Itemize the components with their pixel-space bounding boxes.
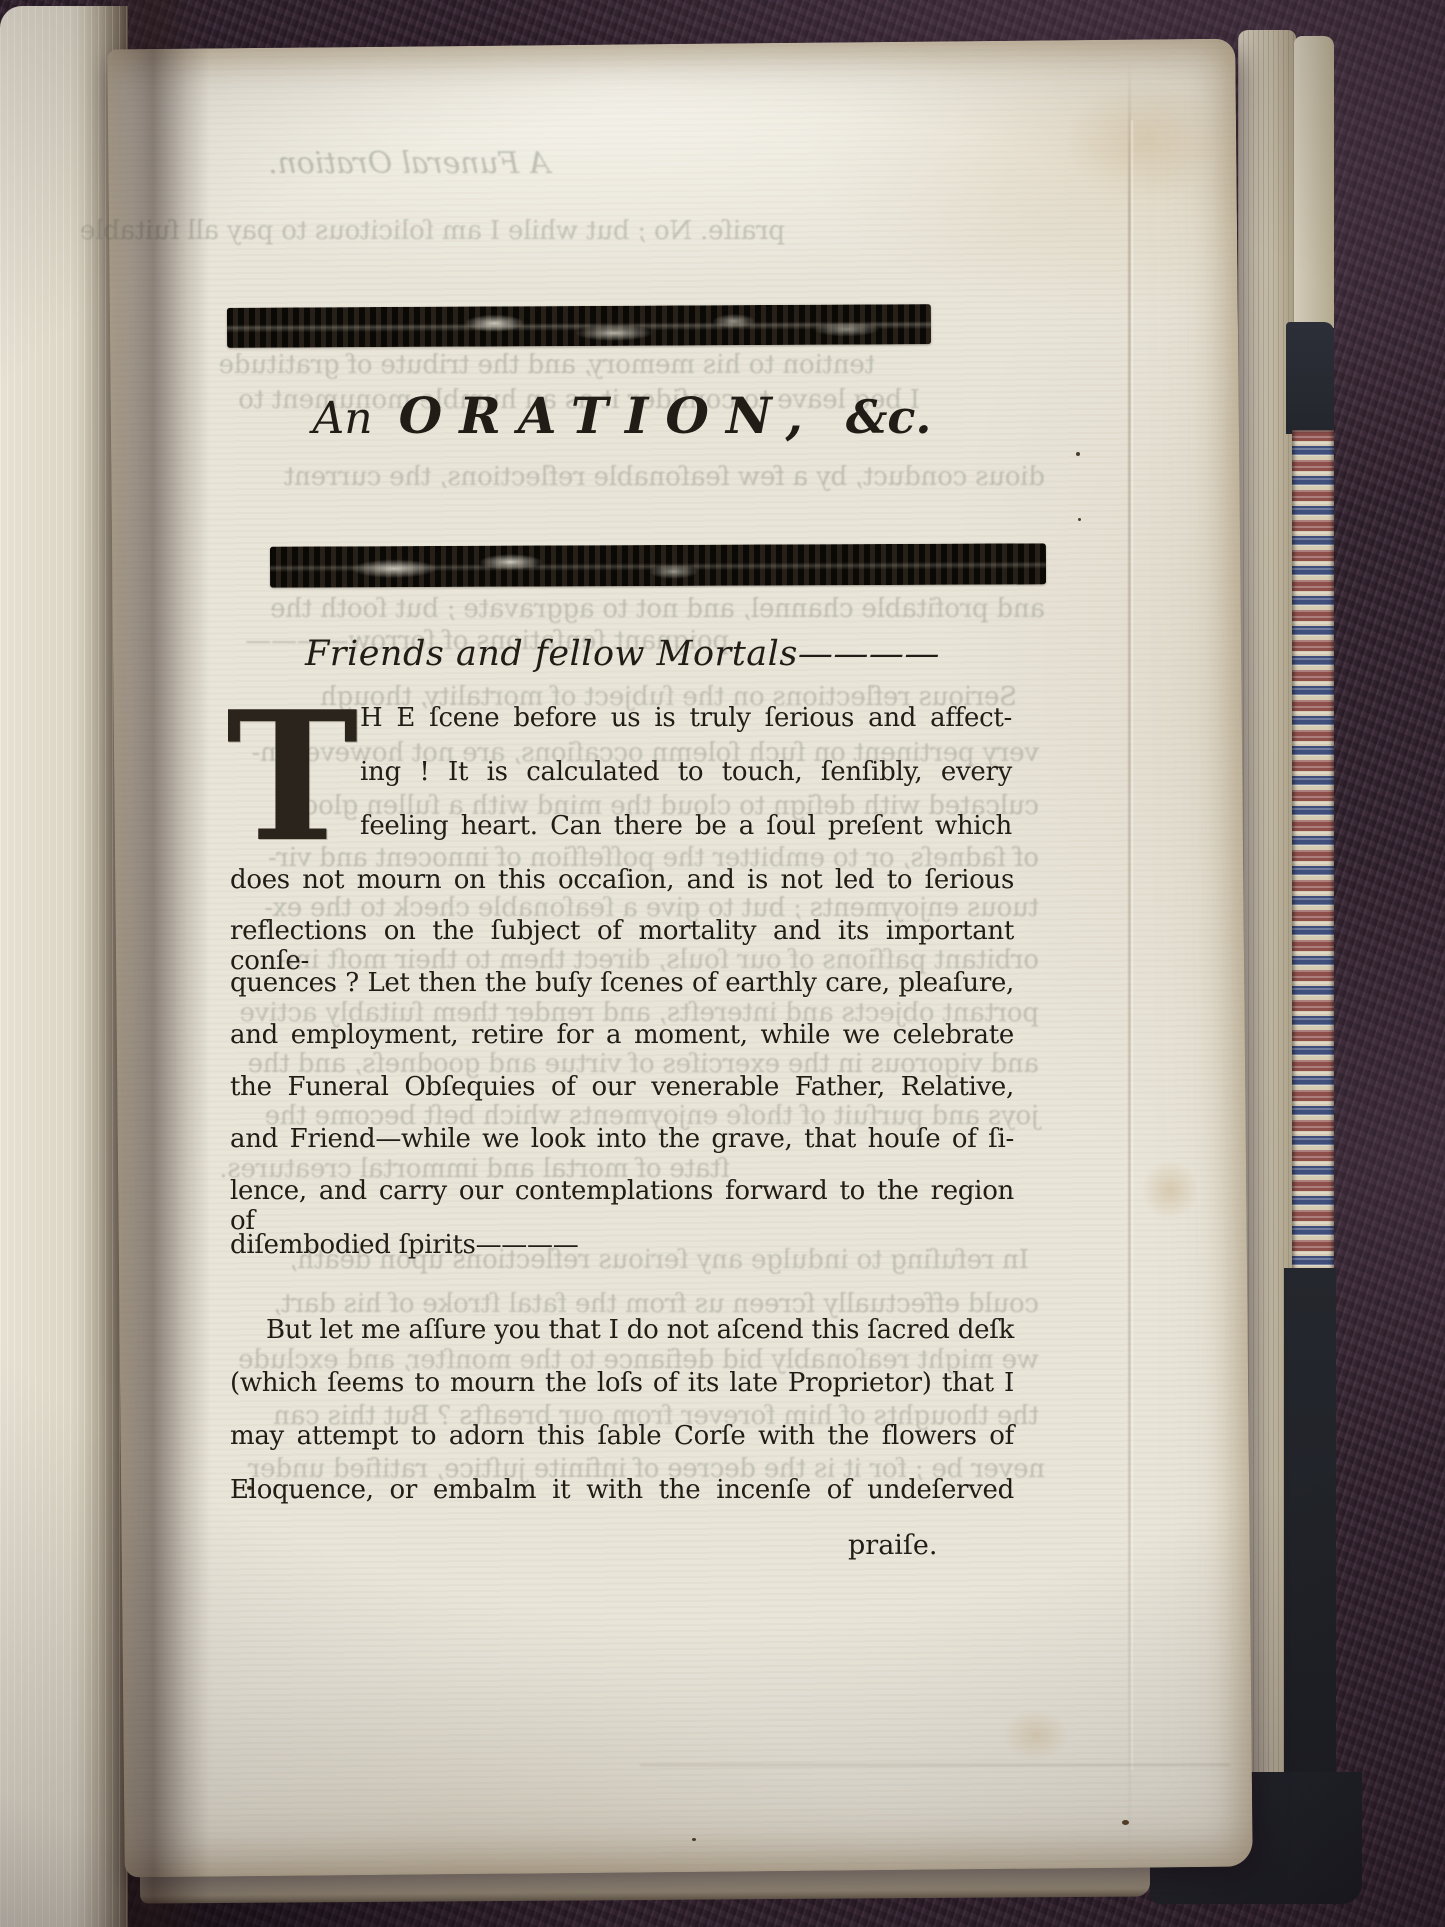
ink-speck: [692, 1838, 696, 1841]
body-line: and employment, retire for a moment, whi…: [230, 1020, 1014, 1060]
page-fold-line: [640, 1764, 1230, 1766]
catchword: praiſe.: [848, 1530, 937, 1561]
body-line: ing ! It is calculated to touch, ſenſibl…: [360, 757, 1012, 797]
title-article: An: [313, 393, 373, 444]
body-line: (which ſeems to mourn the loſs of its la…: [230, 1368, 1014, 1408]
printed-rule-bar-top: [227, 304, 931, 348]
body-line: quences ? Let then the buſy ſcenes of ea…: [230, 968, 1014, 1008]
body-line: may attempt to adorn this ſable Corſe wi…: [230, 1421, 1014, 1461]
ink-speck: [1078, 518, 1081, 521]
bleedthrough-line: and profitable channel, and not to aggra…: [235, 594, 1045, 624]
drop-cap-initial: T: [226, 688, 354, 866]
bleedthrough-line: praiſe. No ; but while I am ſolicitous t…: [240, 216, 785, 246]
body-line: and Friend—while we look into the grave,…: [230, 1124, 1014, 1164]
bleedthrough-line: dious conduct, by a few ſeaſonable refle…: [300, 462, 1045, 492]
binding-board-top: [1286, 322, 1334, 434]
body-line: lence, and carry our contemplations forw…: [230, 1176, 1014, 1216]
page-crease-highlight: [1131, 120, 1133, 1770]
title-word: ORATION,: [399, 386, 820, 445]
body-line: Eloquence, or embalm it with the incenſe…: [230, 1475, 1014, 1515]
body-line: But let me aſſure you that I do not aſce…: [266, 1315, 1014, 1355]
body-line: does not mourn on this occaſion, and is …: [230, 865, 1014, 905]
body-line: H E ſcene before us is truly ſerious and…: [360, 703, 1012, 743]
page-title: An ORATION, &c.: [230, 386, 1014, 456]
body-line: reflections on the ſubject of mortality …: [230, 916, 1014, 956]
ink-speck: [1076, 452, 1080, 456]
fore-edge-pale-strip: [1294, 36, 1334, 328]
book-photograph: A Funeral Oration. praiſe. No ; but whil…: [0, 0, 1445, 1927]
marbled-fore-edge: [1292, 430, 1334, 1272]
body-line: diſembodied ſpirits————: [230, 1230, 1014, 1270]
body-line: feeling heart. Can there be a ſoul preſe…: [360, 811, 1012, 851]
printed-rule-bar-bottom: [270, 543, 1046, 587]
title-etcetera: &c.: [846, 390, 932, 444]
body-line: the Funeral Obſequies of our venerable F…: [230, 1072, 1014, 1112]
salutation-line: Friends and fellow Mortals————: [305, 634, 940, 674]
bleedthrough-running-header: A Funeral Oration.: [320, 146, 550, 181]
bleedthrough-line: tention to his memory, and the tribute o…: [235, 350, 875, 380]
